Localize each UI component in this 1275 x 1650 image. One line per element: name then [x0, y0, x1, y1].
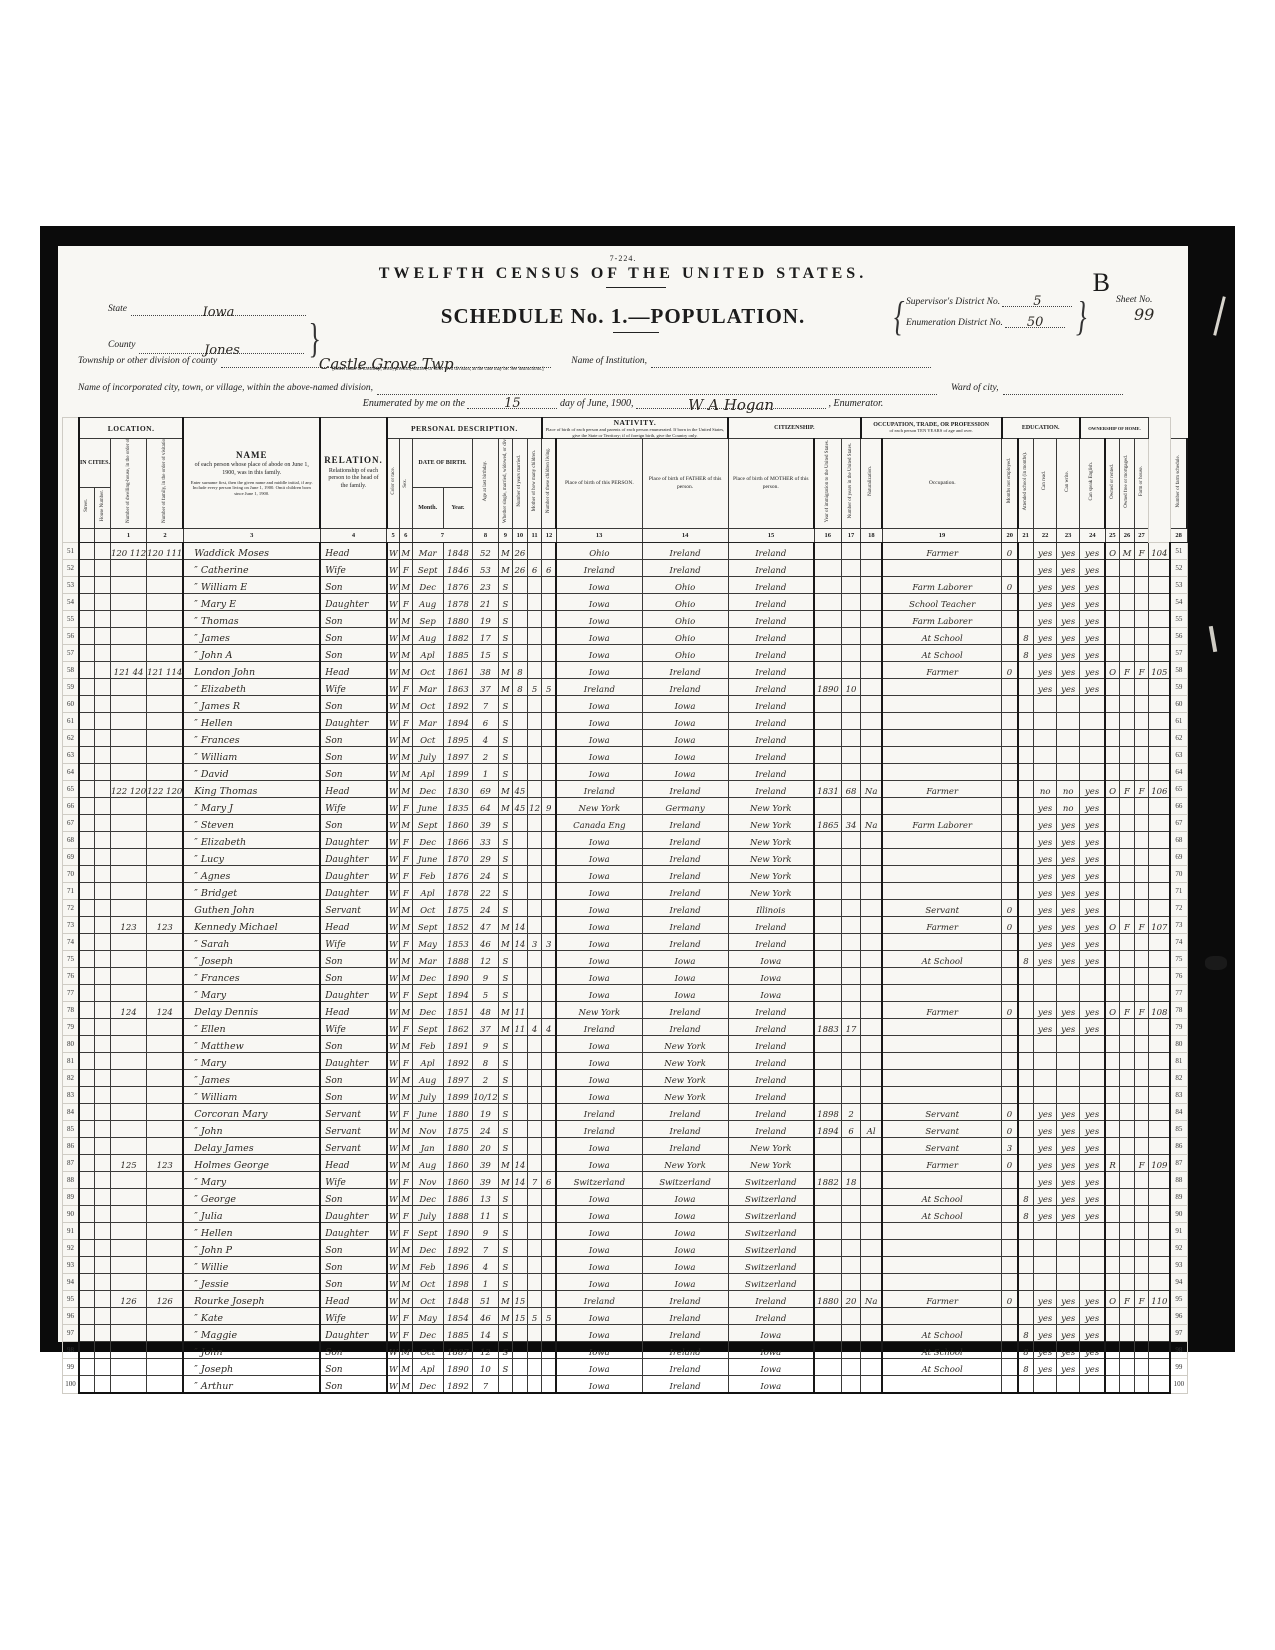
table-row: 56″ JamesSonWMAug188217SIowaOhioIrelandA…: [63, 628, 1188, 645]
cell-street: [79, 1104, 95, 1121]
cell-yus: [841, 866, 860, 883]
cell-fam2: [147, 679, 184, 696]
cell-farm: [1134, 849, 1149, 866]
cell-liv: [542, 1274, 556, 1291]
cell-col6: F: [399, 1325, 412, 1342]
cell-sch: [1018, 747, 1034, 764]
cell-age: 1: [473, 764, 499, 781]
cell-mort: [1120, 883, 1135, 900]
column-number: [95, 529, 111, 543]
cell-mne: [1002, 798, 1018, 815]
cell-eng: yes: [1080, 628, 1105, 645]
cell-mne: [1002, 1342, 1018, 1359]
cell-ym: [513, 1087, 528, 1104]
row-number: 65: [63, 781, 79, 798]
cell-name: ″ John A: [183, 645, 320, 662]
cell-pobf: Ohio: [642, 594, 728, 611]
owned-label: Owned or rented.: [1110, 464, 1116, 499]
cell-rel: Servant: [320, 1138, 387, 1155]
cell-sch: [1018, 1257, 1034, 1274]
cell-occ: At School: [882, 951, 1002, 968]
cell-fam2: [147, 1019, 184, 1036]
cell-mort: [1120, 985, 1135, 1002]
cell-age: 46: [473, 934, 499, 951]
cell-liv: [542, 1036, 556, 1053]
township-label: Township or other division of county: [78, 356, 217, 366]
cell-col5: W: [387, 696, 400, 713]
cell-sch: [1018, 849, 1034, 866]
cell-mom: 6: [527, 560, 542, 577]
cell-sch: [1018, 1036, 1034, 1053]
cell-read: no: [1034, 781, 1057, 798]
cell-house: [95, 781, 111, 798]
cell-own: [1105, 1240, 1120, 1257]
cell-mne: 0: [1002, 577, 1018, 594]
cell-name: Guthen John: [183, 900, 320, 917]
cell-eng: [1080, 1053, 1105, 1070]
cell-fam2: [147, 968, 184, 985]
cell-farm: [1134, 1308, 1149, 1325]
cell-imm: [814, 713, 841, 730]
cell-rel: Son: [320, 968, 387, 985]
cell-fam2: [147, 696, 184, 713]
cell-house: [95, 968, 111, 985]
cell-sch: [1018, 832, 1034, 849]
cell-farm: [1134, 1104, 1149, 1121]
cell-age: 5: [473, 985, 499, 1002]
cell-house: [95, 560, 111, 577]
cell-pobm: Ireland: [728, 730, 814, 747]
cell-mom: [527, 1274, 542, 1291]
cell-yr: 1899: [443, 764, 472, 781]
cell-house: [95, 917, 111, 934]
cell-pobm: Ireland: [728, 611, 814, 628]
cell-mar: S: [498, 1087, 512, 1104]
cell-col6: F: [399, 1019, 412, 1036]
cell-occ: [882, 1240, 1002, 1257]
cell-eng: [1080, 985, 1105, 1002]
cell-pob: Iowa: [556, 1070, 642, 1087]
cell-house: [95, 1104, 111, 1121]
cell-pobm: Ireland: [728, 1036, 814, 1053]
row-number: 89: [63, 1189, 79, 1206]
cell-col5: W: [387, 730, 400, 747]
cell-mom: [527, 747, 542, 764]
cell-mort: [1120, 968, 1135, 985]
cell-street: [79, 1359, 95, 1376]
cell-yr: 1861: [443, 662, 472, 679]
cell-street: [79, 917, 95, 934]
cell-mom: [527, 645, 542, 662]
row-number: 91: [1170, 1223, 1187, 1240]
dob-header: DATE OF BIRTH.: [412, 439, 473, 488]
cell-own: [1105, 628, 1120, 645]
cell-mom: [527, 1189, 542, 1206]
cell-rel: Son: [320, 1342, 387, 1359]
cell-pobm: Ireland: [728, 747, 814, 764]
group-location: LOCATION.: [79, 418, 183, 439]
sheet-field: Sheet No. 99: [1116, 294, 1154, 324]
cell-farm: F: [1134, 1155, 1149, 1172]
cell-own: [1105, 730, 1120, 747]
cell-liv: [542, 1155, 556, 1172]
cell-yus: [841, 1002, 860, 1019]
cell-mar: S: [498, 713, 512, 730]
cell-col5: W: [387, 1342, 400, 1359]
row-number-header-right: [1149, 418, 1171, 543]
cell-nat: [861, 594, 883, 611]
cell-dw: [110, 968, 146, 985]
supervisor-value: 5: [1033, 294, 1041, 309]
cell-ym: 45: [513, 781, 528, 798]
cell-write: yes: [1057, 679, 1080, 696]
cell-mom: [527, 594, 542, 611]
cell-pobf: Iowa: [642, 1189, 728, 1206]
cell-ym: [513, 1359, 528, 1376]
row-number: 63: [1170, 747, 1187, 764]
cell-mne: [1002, 883, 1018, 900]
cell-schd: 104: [1149, 543, 1171, 560]
cell-pobf: Ireland: [642, 1291, 728, 1308]
cell-rel: Wife: [320, 934, 387, 951]
col-immigration-header: Year of immigration to the United States…: [814, 439, 841, 529]
cell-house: [95, 713, 111, 730]
cell-write: yes: [1057, 1019, 1080, 1036]
cell-pobm: Iowa: [728, 951, 814, 968]
cell-mne: [1002, 832, 1018, 849]
cell-nat: [861, 900, 883, 917]
cell-street: [79, 883, 95, 900]
cell-mne: [1002, 1189, 1018, 1206]
cell-col6: M: [399, 577, 412, 594]
cell-schd: [1149, 1308, 1171, 1325]
cell-house: [95, 730, 111, 747]
cell-mne: 3: [1002, 1138, 1018, 1155]
cell-pob: Iowa: [556, 1342, 642, 1359]
farm-label: Farm or house.: [1139, 466, 1145, 496]
cell-ym: [513, 1104, 528, 1121]
cell-read: yes: [1034, 645, 1057, 662]
cell-read: yes: [1034, 917, 1057, 934]
cell-occ: Farmer: [882, 781, 1002, 798]
cell-house: [95, 1291, 111, 1308]
group-ownership: OWNERSHIP OF HOME.: [1080, 418, 1149, 439]
cell-col5: W: [387, 560, 400, 577]
cell-own: [1105, 1070, 1120, 1087]
cell-pob: Iowa: [556, 577, 642, 594]
cell-fam2: [147, 1359, 184, 1376]
cell-pob: Iowa: [556, 628, 642, 645]
cell-farm: [1134, 883, 1149, 900]
cell-col5: W: [387, 1359, 400, 1376]
cell-occ: [882, 883, 1002, 900]
cell-mort: [1120, 747, 1135, 764]
cell-pobm: Switzerland: [728, 1240, 814, 1257]
cell-age: 51: [473, 1291, 499, 1308]
cell-eng: yes: [1080, 679, 1105, 696]
cell-mon: Apl: [412, 1053, 443, 1070]
cell-pobf: Ireland: [642, 866, 728, 883]
cell-schd: [1149, 951, 1171, 968]
cell-pobf: Iowa: [642, 985, 728, 1002]
cell-name: Delay Dennis: [183, 1002, 320, 1019]
cell-mon: Dec: [412, 781, 443, 798]
cell-own: [1105, 1087, 1120, 1104]
cell-nat: [861, 764, 883, 781]
cell-mon: Mar: [412, 543, 443, 560]
cell-house: [95, 951, 111, 968]
cell-mom: [527, 781, 542, 798]
cell-farm: [1134, 1189, 1149, 1206]
cell-ym: 26: [513, 560, 528, 577]
cell-rel: Son: [320, 628, 387, 645]
cell-mne: [1002, 1257, 1018, 1274]
cell-pobm: Ireland: [728, 662, 814, 679]
cell-street: [79, 696, 95, 713]
cell-age: 6: [473, 713, 499, 730]
cell-occ: Farmer: [882, 662, 1002, 679]
row-number: 56: [63, 628, 79, 645]
cell-liv: [542, 1121, 556, 1138]
cell-age: 24: [473, 900, 499, 917]
row-number: 74: [1170, 934, 1187, 951]
cell-imm: [814, 764, 841, 781]
cell-pobf: New York: [642, 1070, 728, 1087]
cell-imm: [814, 1206, 841, 1223]
cell-read: yes: [1034, 1291, 1057, 1308]
row-number: 56: [1170, 628, 1187, 645]
cell-sch: [1018, 1291, 1034, 1308]
cell-mon: Sept: [412, 985, 443, 1002]
col-children-living-header: Number of these children living.: [542, 439, 556, 529]
cell-ym: [513, 611, 528, 628]
row-number: 73: [1170, 917, 1187, 934]
cell-col6: M: [399, 696, 412, 713]
cell-col5: W: [387, 1036, 400, 1053]
cell-mon: Oct: [412, 1291, 443, 1308]
cell-dw: 124: [110, 1002, 146, 1019]
cell-fam2: [147, 1342, 184, 1359]
cell-eng: yes: [1080, 934, 1105, 951]
cell-ym: [513, 866, 528, 883]
cell-mon: Apl: [412, 1359, 443, 1376]
row-number: 85: [1170, 1121, 1187, 1138]
cell-pobm: Ireland: [728, 696, 814, 713]
column-number: 20: [1002, 529, 1018, 543]
cell-imm: 1880: [814, 1291, 841, 1308]
cell-write: [1057, 985, 1080, 1002]
cell-mne: [1002, 866, 1018, 883]
cell-mar: S: [498, 730, 512, 747]
cell-pob: Iowa: [556, 645, 642, 662]
table-row: 89″ GeorgeSonWMDec188613SIowaIowaSwitzer…: [63, 1189, 1188, 1206]
cell-own: [1105, 747, 1120, 764]
cell-schd: [1149, 883, 1171, 900]
english-label: Can speak English.: [1089, 462, 1095, 500]
row-number: 84: [1170, 1104, 1187, 1121]
cell-yus: [841, 696, 860, 713]
column-number: 1: [110, 529, 146, 543]
cell-write: [1057, 764, 1080, 781]
cell-pobm: New York: [728, 815, 814, 832]
cell-mon: Dec: [412, 968, 443, 985]
cell-street: [79, 611, 95, 628]
col-pob-header: Place of birth of this PERSON.: [556, 439, 642, 529]
cell-rel: Daughter: [320, 832, 387, 849]
cell-farm: [1134, 747, 1149, 764]
cell-name: ″ William: [183, 747, 320, 764]
cell-name: ″ William: [183, 1087, 320, 1104]
cell-dw: [110, 1240, 146, 1257]
cell-ym: [513, 1036, 528, 1053]
cell-write: [1057, 968, 1080, 985]
cell-schd: [1149, 577, 1171, 594]
table-row: 86Delay JamesServantWMJan188020SIowaIrel…: [63, 1138, 1188, 1155]
cell-fam2: [147, 849, 184, 866]
cell-liv: [542, 611, 556, 628]
cell-house: [95, 1274, 111, 1291]
cell-age: 37: [473, 1019, 499, 1036]
cell-street: [79, 832, 95, 849]
cell-nat: [861, 1257, 883, 1274]
cell-age: 52: [473, 543, 499, 560]
cell-mar: S: [498, 1223, 512, 1240]
cell-col5: W: [387, 1104, 400, 1121]
cell-mom: [527, 764, 542, 781]
cell-mom: [527, 832, 542, 849]
cell-mon: Apl: [412, 764, 443, 781]
cell-farm: [1134, 1342, 1149, 1359]
row-number: 76: [63, 968, 79, 985]
cell-write: yes: [1057, 1172, 1080, 1189]
cell-house: [95, 645, 111, 662]
cell-col5: W: [387, 611, 400, 628]
column-number: 22: [1034, 529, 1057, 543]
cell-mar: S: [498, 849, 512, 866]
cell-pobm: New York: [728, 866, 814, 883]
cell-col5: W: [387, 713, 400, 730]
cell-mom: [527, 900, 542, 917]
cell-fam2: [147, 747, 184, 764]
cell-street: [79, 713, 95, 730]
cell-schd: [1149, 798, 1171, 815]
cell-occ: Farmer: [882, 1155, 1002, 1172]
cell-read: yes: [1034, 560, 1057, 577]
cell-write: yes: [1057, 815, 1080, 832]
cell-age: 9: [473, 1223, 499, 1240]
column-number: 7: [412, 529, 473, 543]
cell-mar: S: [498, 951, 512, 968]
cell-age: 9: [473, 1036, 499, 1053]
cell-yus: [841, 1342, 860, 1359]
cell-imm: [814, 866, 841, 883]
column-number: 11: [527, 529, 542, 543]
cell-dw: [110, 985, 146, 1002]
cell-read: yes: [1034, 611, 1057, 628]
cell-house: [95, 696, 111, 713]
cell-pobm: Illinois: [728, 900, 814, 917]
cell-name: ″ Jessie: [183, 1274, 320, 1291]
cell-fam2: [147, 645, 184, 662]
cell-own: [1105, 968, 1120, 985]
cell-pobf: Iowa: [642, 1206, 728, 1223]
cell-mort: F: [1120, 662, 1135, 679]
cell-name: ″ Lucy: [183, 849, 320, 866]
row-number: 90: [1170, 1206, 1187, 1223]
cell-dw: [110, 747, 146, 764]
cell-ym: 14: [513, 917, 528, 934]
cell-fam2: 123: [147, 1155, 184, 1172]
house-number-label: House Number.: [100, 490, 106, 521]
cell-nat: [861, 662, 883, 679]
cell-liv: 6: [542, 1172, 556, 1189]
cell-street: [79, 1155, 95, 1172]
cell-fam2: [147, 1104, 184, 1121]
cell-age: 2: [473, 747, 499, 764]
cell-yus: [841, 713, 860, 730]
cell-mar: S: [498, 1240, 512, 1257]
cell-liv: [542, 764, 556, 781]
cell-read: [1034, 1036, 1057, 1053]
table-row: 60″ James RSonWMOct18927SIowaIowaIreland…: [63, 696, 1188, 713]
table-row: 70″ AgnesDaughterWFFeb187624SIowaIreland…: [63, 866, 1188, 883]
cell-sch: [1018, 866, 1034, 883]
row-number: 81: [1170, 1053, 1187, 1070]
in-cities-header: IN CITIES.: [79, 439, 111, 488]
page-letter: B: [1093, 268, 1110, 298]
cell-pobm: Ireland: [728, 1308, 814, 1325]
cell-col6: M: [399, 1002, 412, 1019]
cell-sch: [1018, 560, 1034, 577]
cell-eng: yes: [1080, 1325, 1105, 1342]
cell-read: yes: [1034, 951, 1057, 968]
col-months-unemployed-header: Months not employed.: [1002, 439, 1018, 529]
cell-farm: [1134, 628, 1149, 645]
cell-own: O: [1105, 662, 1120, 679]
cell-pob: New York: [556, 1002, 642, 1019]
cell-fam2: [147, 611, 184, 628]
row-number: 86: [1170, 1138, 1187, 1155]
cell-fam2: [147, 560, 184, 577]
cell-yr: 1895: [443, 730, 472, 747]
nativity-note: Place of birth of each person and parent…: [543, 427, 727, 438]
cell-mar: S: [498, 985, 512, 1002]
cell-rel: Daughter: [320, 594, 387, 611]
cell-imm: [814, 1036, 841, 1053]
cell-mne: [1002, 594, 1018, 611]
cell-liv: [542, 594, 556, 611]
cell-sch: [1018, 815, 1034, 832]
census-scan-page: 7-224. TWELFTH CENSUS OF THE UNITED STAT…: [0, 0, 1275, 1650]
cell-own: [1105, 1342, 1120, 1359]
row-number: 77: [63, 985, 79, 1002]
cell-mon: Aug: [412, 1070, 443, 1087]
cell-mon: Sept: [412, 1019, 443, 1036]
cell-street: [79, 1291, 95, 1308]
cell-mne: [1002, 951, 1018, 968]
cell-eng: [1080, 764, 1105, 781]
cell-pob: Ireland: [556, 679, 642, 696]
cell-mom: [527, 866, 542, 883]
cell-name: ″ David: [183, 764, 320, 781]
cell-mar: S: [498, 866, 512, 883]
cell-ym: 14: [513, 1155, 528, 1172]
cell-name: ″ Steven: [183, 815, 320, 832]
cell-pobf: Ireland: [642, 679, 728, 696]
cell-age: 11: [473, 1206, 499, 1223]
cell-mar: S: [498, 1070, 512, 1087]
cell-ym: 15: [513, 1308, 528, 1325]
